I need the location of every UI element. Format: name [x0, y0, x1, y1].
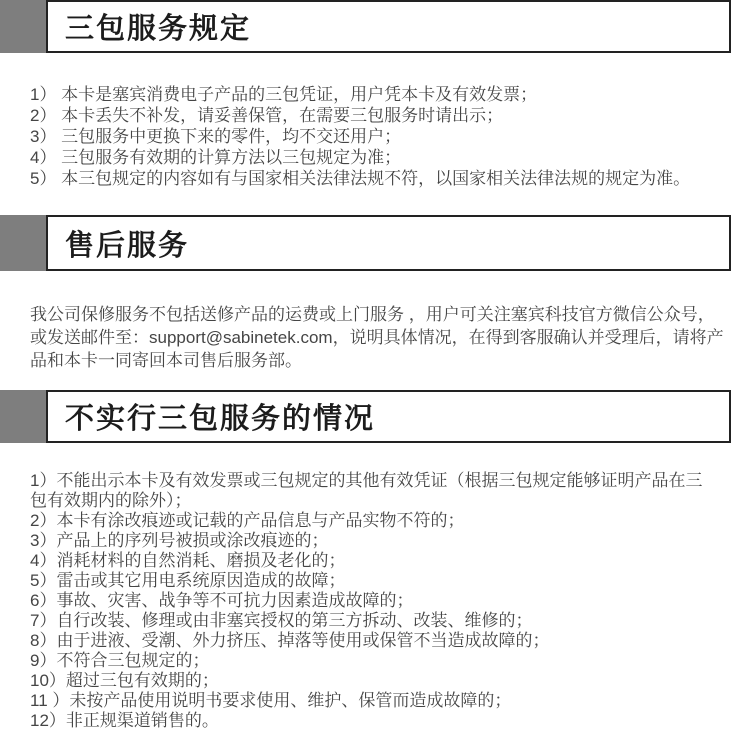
section-header-after-sales: 售后服务	[0, 215, 733, 271]
exclusion-item: 11 ）未按产品使用说明书要求使用、维护、保管而造成故障的；	[30, 691, 710, 711]
section-title-warranty-terms: 三包服务规定	[48, 6, 251, 47]
exclusion-item: 4）消耗材料的自然消耗、磨损及老化的；	[30, 551, 710, 571]
warranty-terms-list: 1） 本卡是塞宾消费电子产品的三包凭证，用户凭本卡及有效发票； 2） 本卡丢失不…	[30, 84, 730, 189]
exclusion-item: 2）本卡有涂改痕迹或记载的产品信息与产品实物不符的；	[30, 511, 710, 531]
after-sales-paragraph: 我公司保修服务不包括送修产品的运费或上门服务 ，用户可关注塞宾科技官方微信公众号…	[30, 303, 725, 372]
exclusion-item: 9）不符合三包规定的；	[30, 651, 710, 671]
exclusions-list: 1）不能出示本卡及有效发票或三包规定的其他有效凭证（根据三包规定能够证明产品在三…	[30, 471, 710, 731]
warranty-term-item: 1） 本卡是塞宾消费电子产品的三包凭证，用户凭本卡及有效发票；	[30, 84, 730, 105]
exclusion-item: 12）非正规渠道销售的。	[30, 711, 710, 731]
section-header-exclusions: 不实行三包服务的情况	[0, 390, 733, 443]
gray-accent-square	[0, 390, 47, 443]
exclusion-item: 5）雷击或其它用电系统原因造成的故障；	[30, 571, 710, 591]
section-title-exclusions: 不实行三包服务的情况	[48, 396, 375, 437]
section-title-box: 不实行三包服务的情况	[46, 390, 731, 443]
warranty-term-item: 2） 本卡丢失不补发，请妥善保管，在需要三包服务时请出示；	[30, 105, 730, 126]
exclusion-item: 6）事故、灾害、战争等不可抗力因素造成故障的；	[30, 591, 710, 611]
exclusion-item: 7）自行改装、修理或由非塞宾授权的第三方拆动、改装、维修的；	[30, 611, 710, 631]
after-sales-text: 我公司保修服务不包括送修产品的运费或上门服务 ，用户可关注塞宾科技官方微信公众号…	[30, 303, 725, 372]
section-title-after-sales: 售后服务	[48, 223, 189, 264]
gray-accent-square	[0, 215, 47, 271]
exclusion-item: 3）产品上的序列号被损或涂改痕迹的；	[30, 531, 710, 551]
warranty-term-item: 5） 本三包规定的内容如有与国家相关法律法规不符，以国家相关法律法规的规定为准。	[30, 168, 730, 189]
gray-accent-square	[0, 0, 47, 53]
warranty-term-item: 3） 三包服务中更换下来的零件，均不交还用户；	[30, 126, 730, 147]
warranty-card-page: 三包服务规定 1） 本卡是塞宾消费电子产品的三包凭证，用户凭本卡及有效发票； 2…	[0, 0, 733, 732]
section-header-warranty-terms: 三包服务规定	[0, 0, 733, 53]
section-title-box: 三包服务规定	[46, 0, 731, 53]
warranty-term-item: 4） 三包服务有效期的计算方法以三包规定为准；	[30, 147, 730, 168]
section-title-box: 售后服务	[46, 215, 731, 271]
exclusion-item: 1）不能出示本卡及有效发票或三包规定的其他有效凭证（根据三包规定能够证明产品在三…	[30, 471, 710, 511]
exclusion-item: 10）超过三包有效期的；	[30, 671, 710, 691]
exclusion-item: 8）由于进液、受潮、外力挤压、掉落等使用或保管不当造成故障的；	[30, 631, 710, 651]
